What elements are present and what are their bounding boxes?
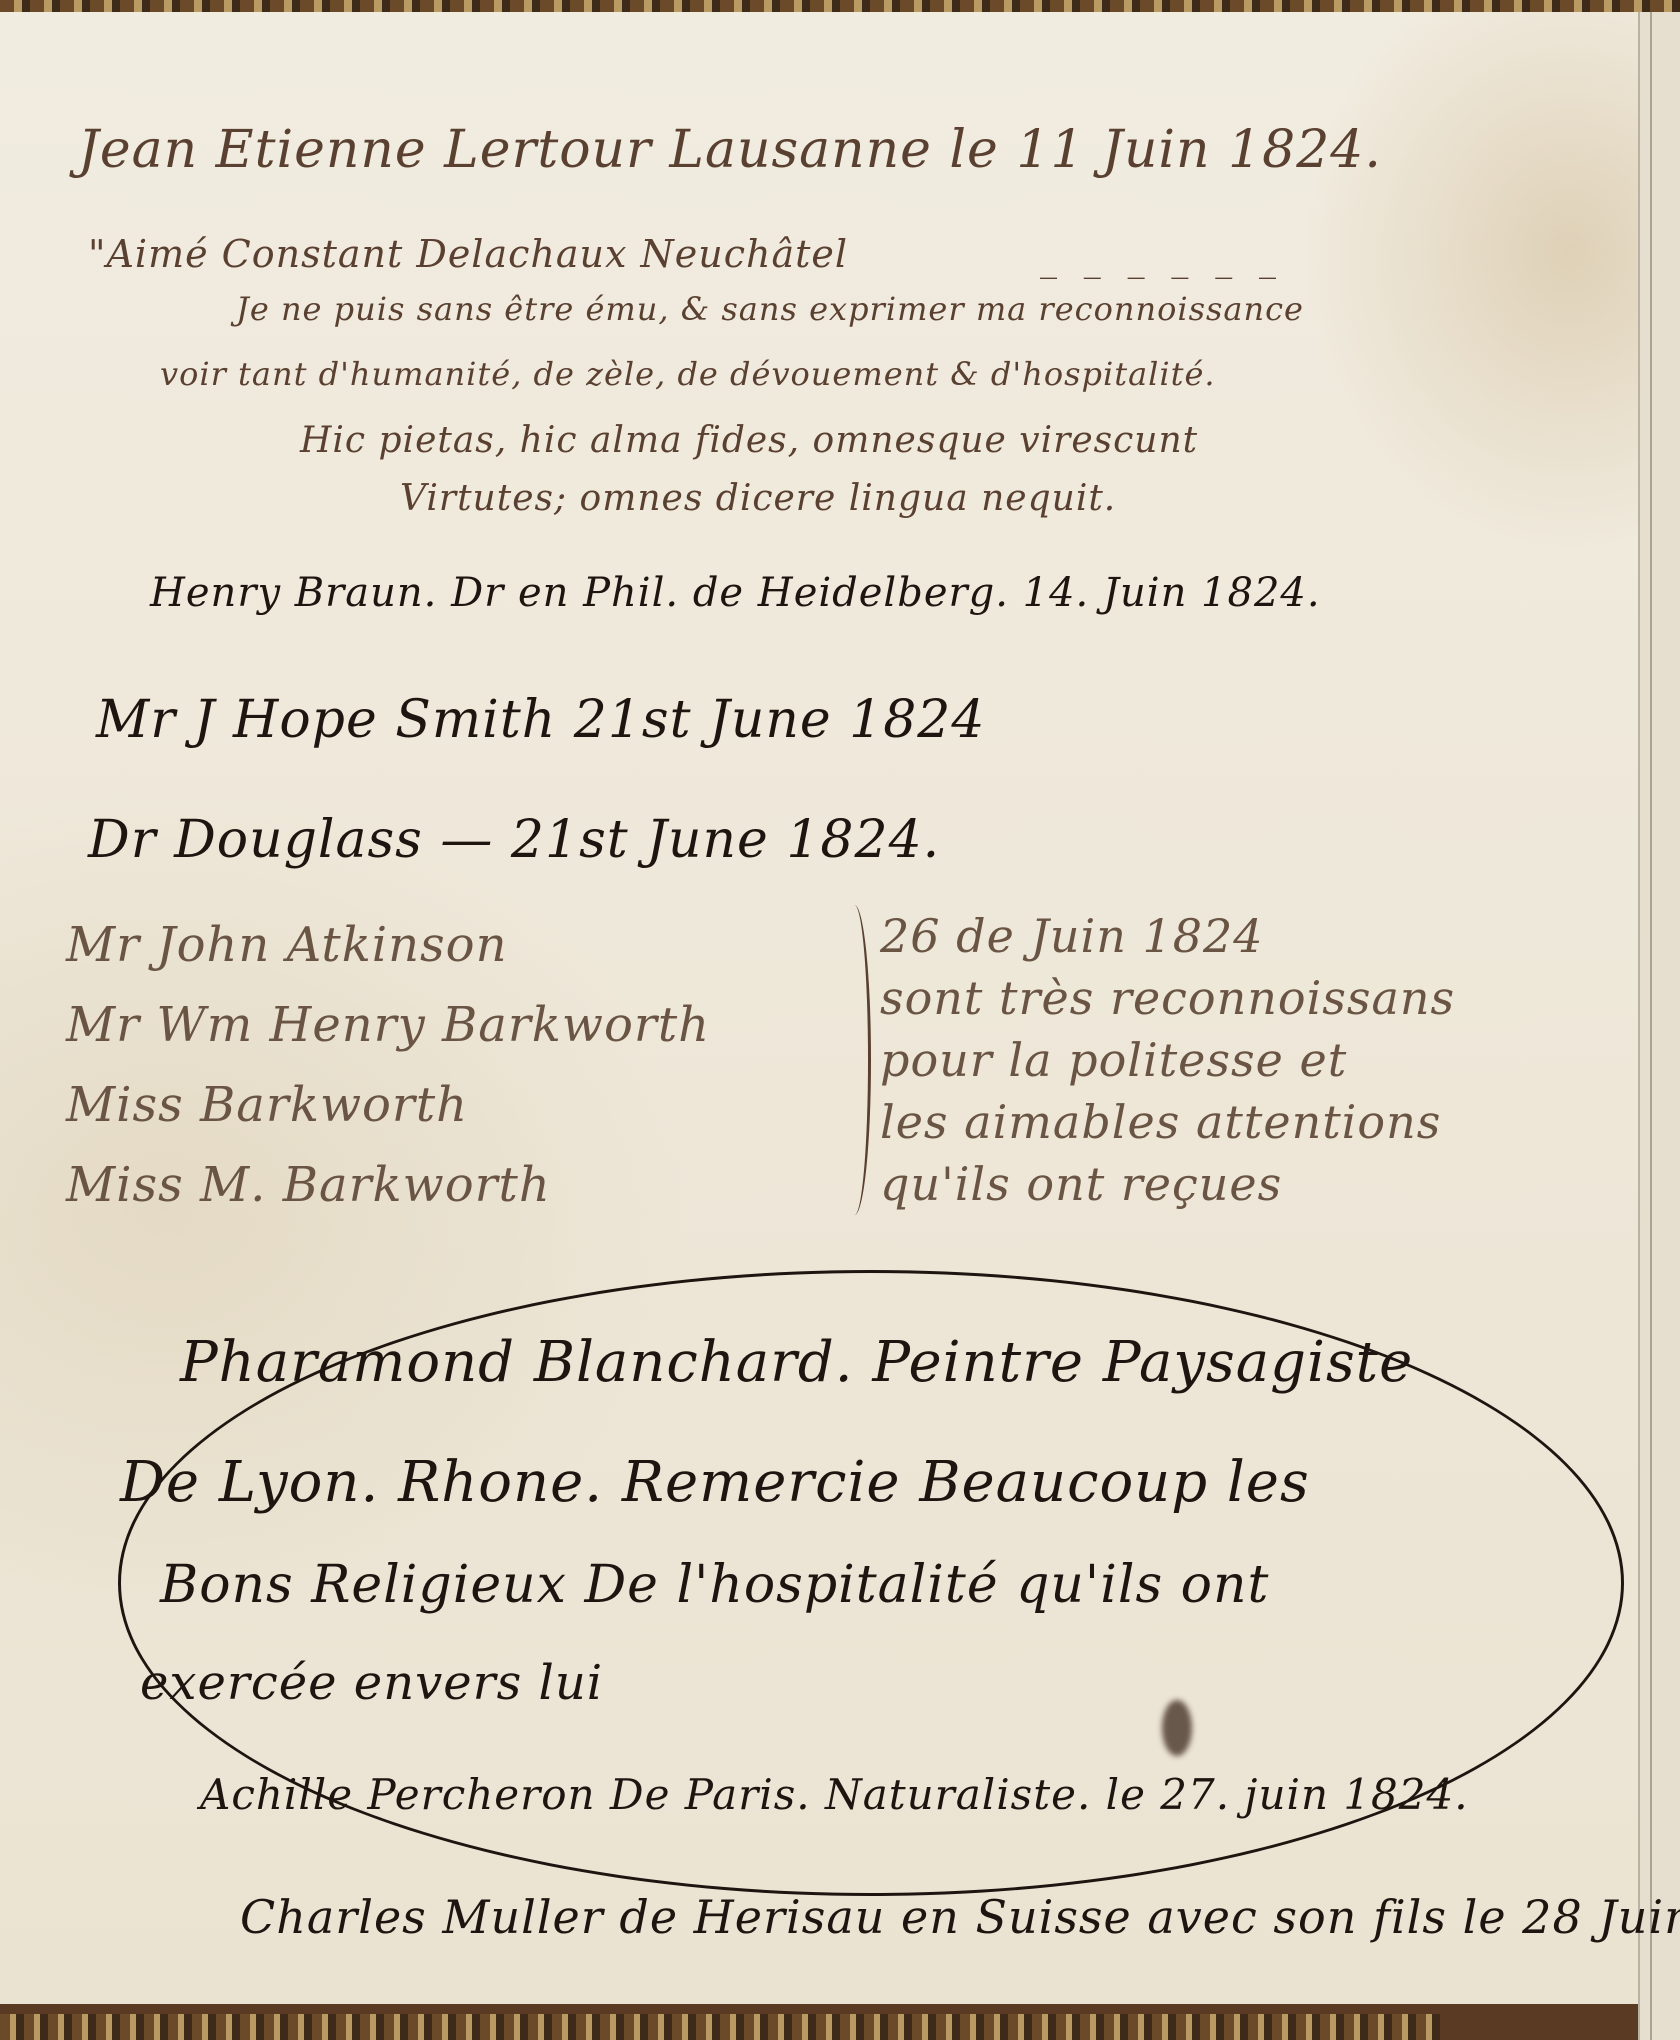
atkinson-names: Mr John Atkinson Mr Wm Henry Barkworth M…: [66, 905, 710, 1225]
signer-name: Miss M. Barkworth: [66, 1145, 710, 1225]
entry-delachaux-trail: _ _ _ _ _ _: [1040, 240, 1284, 280]
entry-blanchard-4: exercée envers lui: [140, 1655, 603, 1711]
entry-smith: Mr J Hope Smith 21st June 1824: [96, 690, 985, 750]
entry-douglass: Dr Douglass — 21st June 1824.: [88, 810, 940, 870]
grouping-brace: [838, 905, 871, 1215]
entry-blanchard-1: Pharamond Blanchard. Peintre Paysagiste: [180, 1330, 1413, 1395]
entry-delachaux-message-3: Hic pietas, hic alma fides, omnesque vir…: [300, 420, 1198, 461]
entry-braun: Henry Braun. Dr en Phil. de Heidelberg. …: [150, 570, 1321, 616]
entry-delachaux: "Aimé Constant Delachaux Neuchâtel: [88, 232, 848, 276]
entry-delachaux-message-1: Je ne puis sans être ému, & sans exprime…: [236, 290, 1304, 328]
entry-blanchard-2: De Lyon. Rhone. Remercie Beaucoup les: [120, 1450, 1310, 1515]
entry-delachaux-message-2: voir tant d'humanité, de zèle, de dévoue…: [160, 355, 1216, 393]
message-line: 26 de Juin 1824: [880, 905, 1455, 967]
message-line: pour la politesse et: [880, 1029, 1455, 1091]
message-line: les aimables attentions: [880, 1091, 1455, 1153]
atkinson-message: 26 de Juin 1824 sont très reconnoissans …: [880, 905, 1455, 1215]
book-top-edge: [0, 0, 1680, 12]
entry-delachaux-message-4: Virtutes; omnes dicere lingua nequit.: [400, 478, 1116, 519]
entry-blanchard-3: Bons Religieux De l'hospitalité qu'ils o…: [160, 1555, 1269, 1615]
signer-name: Mr John Atkinson: [66, 905, 710, 985]
book-gutter: [1638, 12, 1680, 2040]
entry-lertour: Jean Etienne Lertour Lausanne le 11 Juin…: [78, 120, 1382, 180]
signer-name: Miss Barkworth: [66, 1065, 710, 1145]
entry-muller: Charles Muller de Herisau en Suisse avec…: [240, 1890, 1680, 1944]
message-line: sont très reconnoissans: [880, 967, 1455, 1029]
signer-name: Mr Wm Henry Barkworth: [66, 985, 710, 1065]
gutter-line: [1650, 12, 1652, 2040]
message-line: qu'ils ont reçues: [880, 1153, 1455, 1215]
book-bottom-edge: [0, 2014, 1440, 2040]
entry-percheron: Achille Percheron De Paris. Naturaliste.…: [200, 1770, 1469, 1819]
